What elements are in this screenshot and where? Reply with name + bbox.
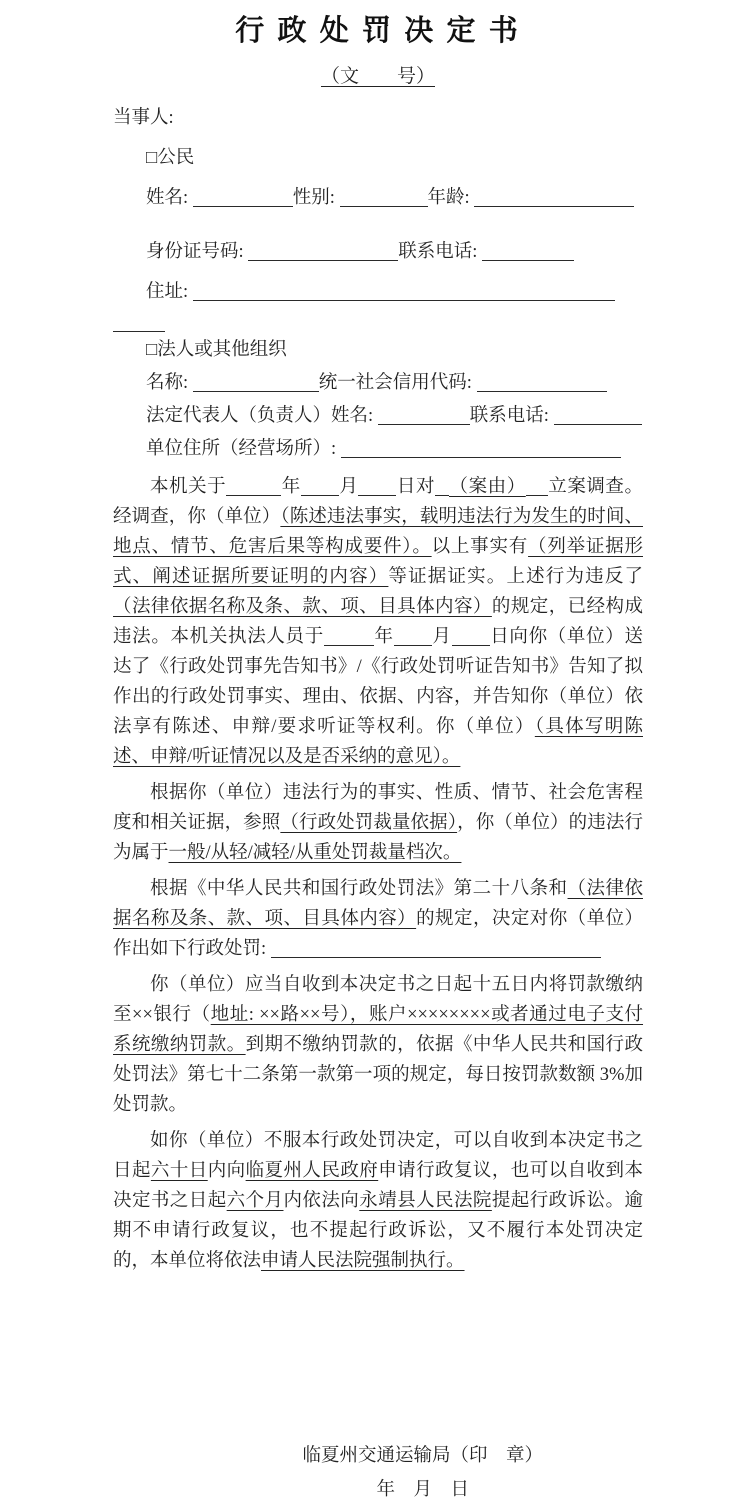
text-run: 等证据证实。上述行为违反了 xyxy=(388,567,643,587)
blank-fill-field[interactable] xyxy=(358,478,396,496)
text-run: 名称: xyxy=(146,373,193,393)
text-run: 内向 xyxy=(208,1161,246,1181)
text-run: 月 xyxy=(432,627,452,647)
text-run: 姓名: xyxy=(146,188,193,208)
text-run: 统一社会信用代码: xyxy=(319,373,477,393)
text-run: 住址: xyxy=(146,282,193,302)
underlined-template-text: 六个月 xyxy=(227,1191,284,1211)
blank-fill-field[interactable] xyxy=(193,283,615,301)
paragraph-appeal-rights: 如你（单位）不服本行政处罚决定，可以自收到本决定书之日起六十日内向临夏州人民政府… xyxy=(113,1126,643,1276)
text-run: 本机关于 xyxy=(150,477,226,497)
blank-fill-field[interactable] xyxy=(113,314,165,332)
document-number: （文 号） xyxy=(321,66,435,87)
citizen-checkbox-icon[interactable]: □ xyxy=(146,138,157,178)
citizen-label: 公民 xyxy=(157,148,194,168)
org-label: 法人或其他组织 xyxy=(157,340,287,360)
citizen-address-line: 住址: xyxy=(113,272,643,312)
blank-fill-field[interactable] xyxy=(482,243,574,261)
text-run: 日对 xyxy=(396,477,435,497)
document-page: 行 政 处 罚 决 定 书 （文 号） 当事人: □公民 姓名: 性别: 年龄:… xyxy=(0,0,750,1508)
signature-block: 临夏州交通运输局（印 章） 年 月 日 xyxy=(302,1440,543,1508)
underlined-template-text: （行政处罚裁量依据） xyxy=(280,813,457,833)
underlined-template-text: 永靖县人民法院 xyxy=(359,1191,492,1211)
document-title: 行 政 处 罚 决 定 书 xyxy=(113,14,643,48)
text-run: 性别: xyxy=(293,188,340,208)
blank-fill-field[interactable] xyxy=(324,628,374,646)
blank-fill-field[interactable] xyxy=(554,407,642,425)
blank-fill-field[interactable] xyxy=(301,478,339,496)
text-run: 联系电话: xyxy=(398,242,482,262)
blank-fill-field[interactable] xyxy=(474,189,634,207)
paragraph-investigation-and-notice: 本机关于年月日对（案由）立案调查。经调查，你（单位）（陈述违法事实，载明违法行为… xyxy=(113,472,643,772)
underlined-template-text: 六十日 xyxy=(151,1161,208,1181)
text-run: 年 xyxy=(374,627,394,647)
text-run: 月 xyxy=(339,477,359,497)
org-name-credit-code-line: 名称: 统一社会信用代码: xyxy=(113,367,643,400)
document-number-line: （文 号） xyxy=(113,64,643,90)
text-run: 单位住所（经营场所）: xyxy=(146,439,341,459)
blank-fill-field[interactable] xyxy=(193,374,319,392)
underlined-template-text: （案由） xyxy=(449,477,526,497)
text-run: 身份证号码: xyxy=(146,242,248,262)
blank-fill-field[interactable] xyxy=(394,628,432,646)
paragraph-discretion-level: 根据你（单位）违法行为的事实、性质、情节、社会危害程度和相关证据，参照（行政处罚… xyxy=(113,778,643,868)
org-representative-line: 法定代表人（负责人）姓名: 联系电话: xyxy=(113,400,643,433)
text-run: 法定代表人（负责人）姓名: xyxy=(146,406,378,426)
paragraph-penalty-decision: 根据《中华人民共和国行政处罚法》第二十八条和（法律依据名称及条、款、项、目具体内… xyxy=(113,874,643,964)
underlined-template-text: 申请人民法院强制执行。 xyxy=(261,1251,465,1271)
org-address-line: 单位住所（经营场所）: xyxy=(113,433,643,466)
blank-fill-field[interactable] xyxy=(435,478,449,496)
blank-fill-field[interactable] xyxy=(271,940,601,958)
issuing-authority-seal-line: 临夏州交通运输局（印 章） xyxy=(302,1440,543,1472)
paragraph-payment-instructions: 你（单位）应当自收到本决定书之日起十五日内将罚款缴纳至××银行（地址: ××路×… xyxy=(113,970,643,1120)
blank-fill-field[interactable] xyxy=(452,628,490,646)
citizen-name-gender-age-line: 姓名: 性别: 年龄: xyxy=(113,178,643,218)
blank-fill-field[interactable] xyxy=(340,189,428,207)
text-run: 年龄: xyxy=(428,188,475,208)
signature-date-line: 年 月 日 xyxy=(302,1472,543,1508)
citizen-address-continuation-line xyxy=(113,312,643,334)
text-run: 以上事实有 xyxy=(432,537,528,557)
org-checkbox-icon[interactable]: □ xyxy=(146,334,157,367)
blank-fill-field[interactable] xyxy=(378,407,470,425)
blank-fill-field[interactable] xyxy=(341,440,621,458)
blank-fill-field[interactable] xyxy=(248,243,398,261)
blank-fill-field[interactable] xyxy=(226,478,281,496)
text-run: 内依法向 xyxy=(283,1191,359,1211)
blank-fill-field[interactable] xyxy=(526,478,548,496)
blank-fill-field[interactable] xyxy=(477,374,607,392)
underlined-template-text: 一般/从轻/减轻/从重处罚裁量档次。 xyxy=(169,843,462,863)
underlined-template-text: 临夏州人民政府 xyxy=(246,1161,379,1181)
blank-fill-field[interactable] xyxy=(193,189,293,207)
text-run: 年 xyxy=(281,477,301,497)
text-run: 根据《中华人民共和国行政处罚法》第二十八条和 xyxy=(150,879,568,899)
party-type-citizen: □公民 xyxy=(113,138,643,178)
section-spacer xyxy=(113,218,643,232)
underlined-template-text: （法律依据名称及条、款、项、目具体内容） xyxy=(113,597,492,617)
party-type-org: □法人或其他组织 xyxy=(113,334,643,367)
text-run: 联系电话: xyxy=(470,406,554,426)
citizen-id-phone-line: 身份证号码: 联系电话: xyxy=(113,232,643,272)
party-heading: 当事人: xyxy=(113,98,643,138)
